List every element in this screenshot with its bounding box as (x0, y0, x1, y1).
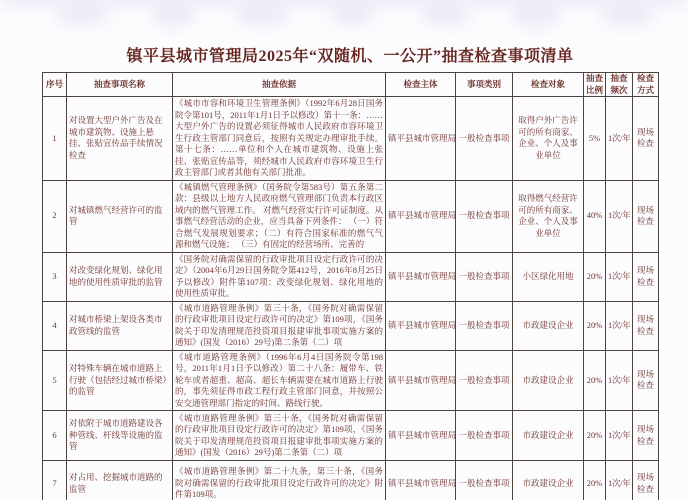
cell-seq-no: 1 (43, 97, 67, 181)
cell-item-name: 对城镇燃气经营许可的监管 (67, 180, 173, 252)
header-basis: 抽查依据 (173, 73, 386, 97)
cell-ratio: 5% (584, 97, 606, 181)
cell-seq-no: 3 (43, 252, 67, 301)
cell-category: 一般检查事项 (456, 180, 513, 252)
cell-basis: 《城市道路管理条例》第三十条，《国务院对确需保留的行政审批项目设定行政许可的决定… (173, 411, 386, 461)
cell-method: 现场检查 (633, 301, 659, 350)
cell-method: 现场检查 (633, 180, 659, 252)
cell-subject: 镇平县城市管理局 (386, 301, 456, 350)
scan-artifact (0, 0, 688, 8)
header-seq-no: 序号 (43, 73, 67, 97)
cell-basis: 《城市市容和环境卫生管理条例》（1992年6月28日国务院令第101号，2011… (173, 97, 386, 181)
cell-subject: 镇平县城市管理局 (386, 411, 456, 461)
table-row: 4 对城市桥梁上架设各类市政管线的监管 《城市道路管理条例》第三十条，《国务院对… (43, 301, 659, 350)
cell-target: 市政建设企业 (513, 350, 584, 411)
cell-basis: 《城镇燃气管理条例》（国务院令第583号）第五条第二款：县级以上地方人民政府燃气… (173, 180, 386, 252)
cell-basis: 《国务院对确需保留的行政审批项目设定行政许可的决定》（2004年6月29日国务院… (173, 252, 386, 301)
cell-ratio: 40% (584, 180, 606, 252)
cell-target: 市政建设企业 (513, 301, 584, 350)
cell-frequency: 1次/年 (606, 411, 633, 461)
cell-category: 一般检查事项 (456, 252, 513, 301)
cell-category: 一般检查事项 (456, 97, 513, 181)
cell-ratio: 20% (584, 252, 606, 301)
cell-subject: 镇平县城市管理局 (386, 252, 456, 301)
table-row: 1 对设置大型户外广告及在城市建筑物、设施上悬挂、张贴宣传品手续情况检查 《城市… (43, 97, 659, 181)
cell-target: 市政建设企业 (513, 461, 584, 500)
cell-category: 一般检查事项 (456, 461, 513, 500)
cell-subject: 镇平县城市管理局 (386, 350, 456, 411)
cell-frequency: 1次/年 (606, 97, 633, 181)
cell-seq-no: 2 (43, 180, 67, 252)
document-title: 镇平县城市管理局2025年“双随机、一公开”抽查检查事项清单 (42, 43, 658, 66)
table-row: 2 对城镇燃气经营许可的监管 《城镇燃气管理条例》（国务院令第583号）第五条第… (43, 180, 659, 252)
header-inspection-target: 检查对象 (513, 73, 584, 97)
scanned-document-page: 镇平县城市管理局2025年“双随机、一公开”抽查检查事项清单 序号 抽查事项名称… (0, 0, 688, 500)
cell-item-name: 对特殊车辆在城市道路上行驶（包括经过城市桥梁）的监管 (67, 350, 173, 411)
table-row: 3 对改变绿化规划、绿化用地的使用性质审批的监管 《国务院对确需保留的行政审批项… (43, 252, 659, 301)
cell-ratio: 20% (584, 411, 606, 461)
table-row: 7 对占用、挖掘城市道路的监管 《城市道路管理条例》第二十九条，第三十条，《国务… (43, 461, 659, 500)
scan-artifact (600, 3, 655, 27)
cell-frequency: 1次/年 (606, 180, 633, 252)
header-item-category: 事项类别 (456, 73, 513, 97)
cell-ratio: 20% (584, 461, 606, 500)
table-header-row: 序号 抽查事项名称 抽查依据 检查主体 事项类别 检查对象 抽查比例 抽查频次 … (43, 73, 659, 97)
cell-method: 现场检查 (633, 252, 659, 301)
cell-seq-no: 5 (43, 350, 67, 411)
cell-method: 现场检查 (633, 461, 659, 500)
cell-item-name: 对设置大型户外广告及在城市建筑物、设施上悬挂、张贴宣传品手续情况检查 (67, 97, 173, 181)
cell-seq-no: 6 (43, 411, 67, 461)
cell-ratio: 20% (584, 301, 606, 350)
cell-subject: 镇平县城市管理局 (386, 180, 456, 252)
cell-basis: 《城市道路管理条例》第三十条，《国务院对确需保留的行政审批项目设定行政许可的决定… (173, 301, 386, 350)
cell-basis: 《城市道路管理条例》第二十九条，第三十条，《国务院对确需保留的行政审批项目设定行… (173, 461, 386, 500)
scan-artifact (235, 3, 290, 27)
cell-target: 取得户外广告许可的所有商家、企业、个人及事业单位 (513, 97, 584, 181)
cell-item-name: 对改变绿化规划、绿化用地的使用性质审批的监管 (67, 252, 173, 301)
cell-subject: 镇平县城市管理局 (386, 97, 456, 181)
cell-target: 小区绿化用地 (513, 252, 584, 301)
scan-artifact (510, 2, 560, 28)
scan-artifact (330, 2, 375, 26)
cell-subject: 镇平县城市管理局 (386, 461, 456, 500)
header-sampling-frequency: 抽查频次 (606, 73, 633, 97)
cell-method: 现场检查 (633, 97, 659, 181)
cell-frequency: 1次/年 (606, 301, 633, 350)
cell-item-name: 对依附于城市道路建设各种管线、杆线等设施的监管 (67, 411, 173, 461)
header-sampling-ratio: 抽查比例 (584, 73, 606, 97)
cell-method: 现场检查 (633, 350, 659, 411)
inspection-items-table: 序号 抽查事项名称 抽查依据 检查主体 事项类别 检查对象 抽查比例 抽查频次 … (42, 72, 659, 500)
cell-target: 市政建设企业 (513, 411, 584, 461)
cell-frequency: 1次/年 (606, 252, 633, 301)
cell-category: 一般检查事项 (456, 411, 513, 461)
cell-basis: 《城市道路管理条例》（1996年6月4日国务院令第198号，2011年1月1日予… (173, 350, 386, 411)
cell-item-name: 对城市桥梁上架设各类市政管线的监管 (67, 301, 173, 350)
header-inspection-subject: 检查主体 (386, 73, 456, 97)
cell-seq-no: 7 (43, 461, 67, 500)
table-row: 6 对依附于城市道路建设各种管线、杆线等设施的监管 《城市道路管理条例》第三十条… (43, 411, 659, 461)
scan-artifact (55, 4, 110, 26)
cell-method: 现场检查 (633, 411, 659, 461)
header-item-name: 抽查事项名称 (67, 73, 173, 97)
cell-seq-no: 4 (43, 301, 67, 350)
cell-frequency: 1次/年 (606, 461, 633, 500)
header-inspection-method: 检查方式 (633, 73, 659, 97)
cell-category: 一般检查事项 (456, 301, 513, 350)
cell-item-name: 对占用、挖掘城市道路的监管 (67, 461, 173, 500)
scan-artifact (150, 2, 195, 28)
cell-frequency: 1次/年 (606, 350, 633, 411)
cell-target: 取得燃气经营许可的所有商家、企业、个人及事业单位 (513, 180, 584, 252)
table-row: 5 对特殊车辆在城市道路上行驶（包括经过城市桥梁）的监管 《城市道路管理条例》（… (43, 350, 659, 411)
cell-category: 一般检查事项 (456, 350, 513, 411)
scan-artifact (420, 3, 470, 27)
cell-ratio: 20% (584, 350, 606, 411)
